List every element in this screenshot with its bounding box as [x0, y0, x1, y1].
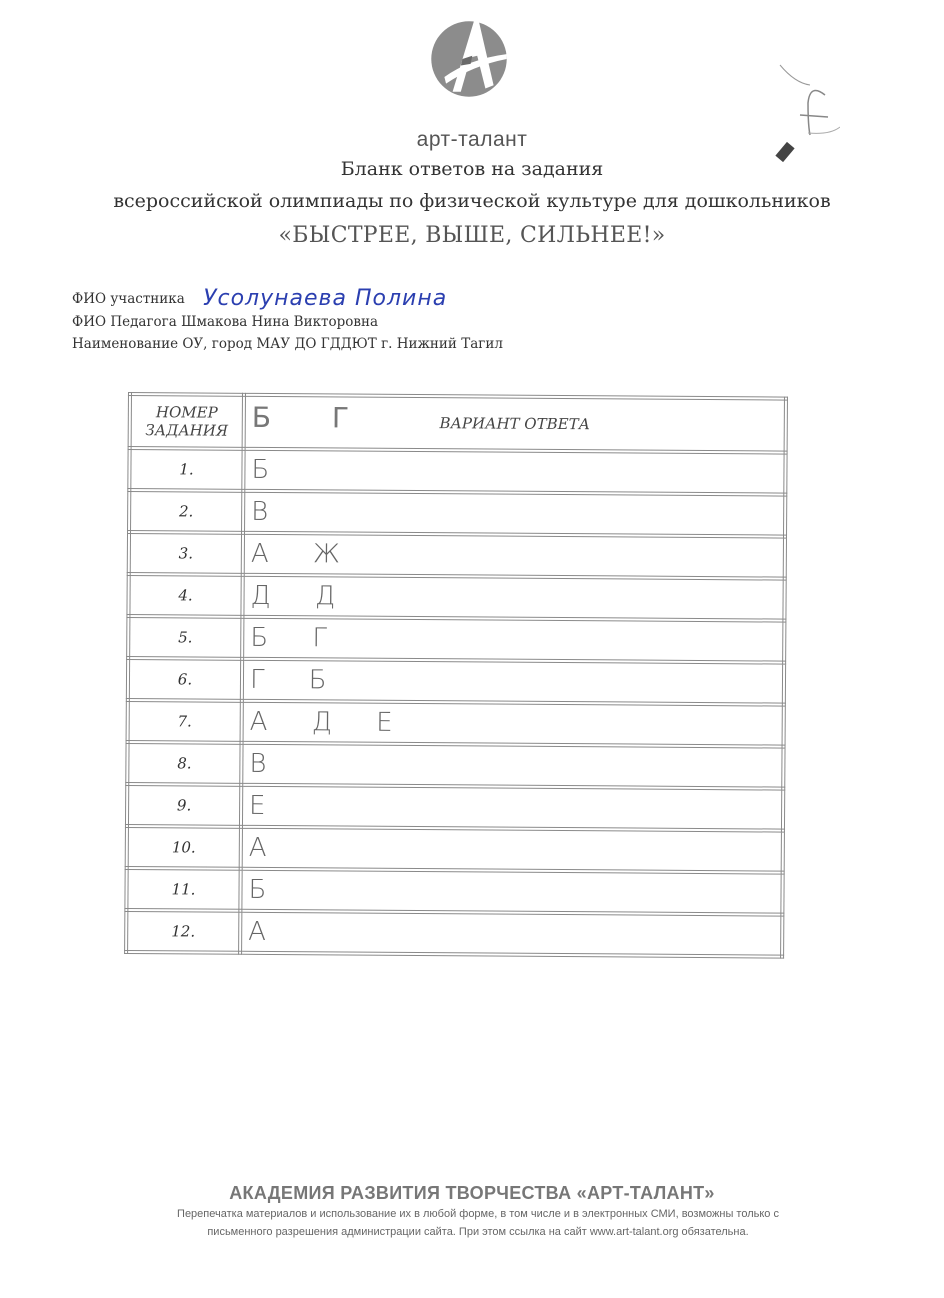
answer-cell[interactable]: В [241, 743, 783, 789]
answer-cell[interactable]: Б [240, 869, 782, 915]
task-number: 10. [127, 826, 241, 869]
footer-note-line2: письменного разрешения администрации сай… [98, 1226, 858, 1238]
handwritten-answer: А Д Е [250, 707, 411, 738]
answer-cell[interactable]: Б [243, 449, 785, 495]
table-row: 5.Б Г [128, 616, 784, 663]
teacher-name: Шмакова Нина Викторовна [181, 314, 378, 330]
column-header-number: НОМЕР ЗАДАНИЯ [130, 394, 244, 449]
answer-cell[interactable]: А [240, 911, 782, 957]
table-row: 7.А Д Е [128, 700, 784, 747]
participant-label: ФИО участника [72, 291, 185, 307]
handwritten-answer: А Ж [251, 539, 358, 570]
answer-cell[interactable]: А Ж [243, 533, 785, 579]
task-number: 1. [129, 448, 243, 491]
handwritten-answer: В [249, 749, 284, 779]
table-row: 8.В [127, 742, 783, 789]
olympiad-name: «БЫСТРЕЕ, ВЫШЕ, СИЛЬНЕЕ!» [0, 223, 944, 248]
table-row: 6.Г Б [128, 658, 784, 705]
answer-cell[interactable]: Г Б [242, 659, 784, 705]
task-number: 6. [128, 658, 242, 701]
task-number: 9. [127, 784, 241, 827]
header-handwriting: Б Г [252, 401, 375, 435]
task-number: 12. [126, 910, 240, 953]
table-row: 10.А [127, 826, 783, 873]
answer-cell[interactable]: Д Д [242, 575, 784, 621]
participant-name: Усолунаева Полина [203, 286, 447, 311]
handwritten-answer: Д Д [250, 581, 353, 612]
form-subtitle: всероссийской олимпиады по физической ку… [0, 190, 944, 212]
pen-scribble-icon [770, 55, 840, 165]
footer-title: АКАДЕМИЯ РАЗВИТИЯ ТВОРЧЕСТВА «АРТ-ТАЛАНТ… [0, 1183, 944, 1204]
task-number: 2. [129, 490, 243, 533]
task-number: 11. [126, 868, 240, 911]
table-row: 3.А Ж [129, 532, 785, 579]
task-number: 7. [128, 700, 242, 743]
institution-name: МАУ ДО ГДДЮТ г. Нижний Тагил [256, 336, 503, 352]
handwritten-answer: Б Г [250, 623, 345, 654]
handwritten-answer: А [248, 917, 284, 947]
handwritten-answer: В [251, 497, 286, 527]
task-number: 3. [129, 532, 243, 575]
answers-table: НОМЕР ЗАДАНИЯ Б Г ВАРИАНТ ОТВЕТА 1.Б2.В3… [124, 392, 788, 959]
task-number: 4. [128, 574, 242, 617]
handwritten-answer: Е [249, 791, 284, 821]
table-row: 2.В [129, 490, 785, 537]
handwritten-answer: Г Б [250, 665, 345, 696]
art-talant-logo-icon [428, 18, 510, 100]
handwritten-answer: Б [251, 455, 287, 485]
table-row: 11.Б [126, 868, 782, 915]
teacher-field: ФИО Педагога Шмакова Нина Викторовна [72, 314, 378, 330]
participant-field: ФИО участника Усолунаева Полина [72, 286, 447, 311]
footer-note-line1: Перепечатка материалов и использование и… [98, 1208, 858, 1220]
handwritten-answer: Б [248, 875, 284, 905]
table-row: 12.А [126, 910, 782, 957]
table-row: 9.Е [127, 784, 783, 831]
answer-cell[interactable]: А Д Е [242, 701, 784, 747]
table-header-row: НОМЕР ЗАДАНИЯ Б Г ВАРИАНТ ОТВЕТА [130, 394, 786, 453]
column-header-answer-label: ВАРИАНТ ОТВЕТА [440, 414, 591, 433]
task-number: 5. [128, 616, 242, 659]
answer-cell[interactable]: Б Г [242, 617, 784, 663]
table-row: 1.Б [129, 448, 785, 495]
table-row: 4.Д Д [128, 574, 784, 621]
answer-cell[interactable]: В [243, 491, 785, 537]
institution-field: Наименование ОУ, город МАУ ДО ГДДЮТ г. Н… [72, 336, 503, 352]
answer-cell[interactable]: А [241, 827, 783, 873]
answer-cell[interactable]: Е [241, 785, 783, 831]
task-number: 8. [127, 742, 241, 785]
handwritten-answer: А [249, 833, 285, 863]
teacher-label: ФИО Педагога [72, 314, 177, 330]
institution-label: Наименование ОУ, город [72, 336, 252, 352]
column-header-answer: Б Г ВАРИАНТ ОТВЕТА [244, 395, 786, 453]
